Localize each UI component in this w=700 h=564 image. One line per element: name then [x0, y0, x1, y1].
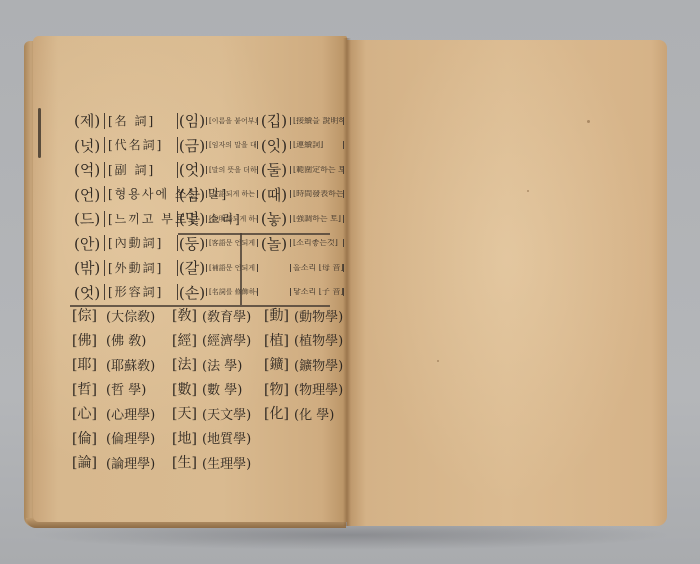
binding-mark [38, 108, 41, 158]
vocab-char: [天] [172, 403, 202, 423]
vocab-word: (論理學) [106, 453, 172, 472]
vocab-word: (耶蘇敎) [106, 355, 172, 374]
vocab-char: [耶] [72, 354, 106, 374]
vocab-word: (生理學) [202, 453, 264, 472]
vocab-word: (動物學) [294, 306, 360, 325]
vocab-row: [心] (心理學) [天] (天文學) [化] (化 學) [72, 403, 360, 423]
grammar-row: (밖) [外動詞] (갈) [補語문 언되게 하는 토] 홀소리 [母 音] [74, 257, 344, 278]
grammar-term-2: [強調하는 토] [290, 215, 344, 223]
grammar-term: [형용사에 쓰는 말] [104, 186, 178, 202]
vocab-word: (哲 學) [106, 379, 172, 398]
grammar-term: [外動詞] [104, 260, 178, 276]
grammar-note: [名詞를 修飾하는 토] [206, 288, 258, 296]
grammar-row: (제) [名 詞] (임) [이름을 붙어부르는 말] (깁) [接續을 說明하… [74, 110, 344, 131]
vocab-char: [倫] [72, 428, 106, 448]
grammar-row: (언) [형용사에 쓰는 말] (심) [主語되게 하는 토] (때) [時間發… [74, 184, 344, 205]
grammar-term-2: [時間發表하는 토] [290, 190, 344, 198]
hangul-label: (넛) [74, 135, 104, 156]
hangul-label: (엇) [178, 159, 206, 180]
grammar-term-2: 닿소리 [子 音] [290, 288, 344, 296]
grammar-term-2: 홀소리 [母 音] [290, 264, 344, 272]
hangul-label: (놀) [258, 233, 290, 254]
grammar-row: (억) [副 詞] (엇) [말의 뜻을 더하는 말] (둘) [範圍定하는 토… [74, 159, 344, 180]
hangul-label: (임) [178, 110, 206, 131]
vocab-word: (數 學) [202, 379, 264, 398]
vocab-row: [佛] (佛 敎) [經] (經濟學) [植] (植物學) [72, 330, 360, 350]
vocab-row: [倧] (大倧敎) [敎] (敎育學) [動] (動物學) [72, 305, 360, 325]
hangul-label: (잇) [258, 135, 290, 156]
vocab-word: (倫理學) [106, 428, 172, 447]
paper-spot [527, 190, 529, 192]
grammar-row: (안) [內動詞] (둥) [客語문 언되게 하는 토] (놀) [소리좋는것] [74, 233, 344, 254]
vocab-word: (佛 敎) [106, 330, 172, 349]
grammar-term: [名 詞] [104, 113, 178, 129]
vocab-char: [生] [172, 452, 202, 472]
vocab-char: [佛] [72, 330, 106, 350]
open-notebook: (제) [名 詞] (임) [이름을 붙어부르는 말] (깁) [接續을 說明하… [0, 0, 700, 564]
vocab-word: (化 學) [294, 404, 360, 423]
grammar-row: (드) [느끼고 부르는 소리] (몇) [說明語되게 하는 토] (놓) [強… [74, 208, 344, 229]
grammar-term: [代名詞] [104, 137, 178, 153]
vocab-word: (法 學) [202, 355, 264, 374]
vocab-word: (敎育學) [202, 306, 264, 325]
hangul-label: (제) [74, 110, 104, 131]
vocab-char: [化] [264, 403, 294, 423]
vocab-char: [動] [264, 305, 294, 325]
vocab-char: [數] [172, 379, 202, 399]
vocab-word: (大倧敎) [106, 306, 172, 325]
vocab-char: [哲] [72, 379, 106, 399]
vocab-word: (鑛物學) [294, 355, 360, 374]
vocab-word: (物理學) [294, 379, 360, 398]
hangul-label: (심) [178, 184, 206, 205]
vocab-word: (天文學) [202, 404, 264, 423]
grammar-term-2: [連續詞] [290, 141, 344, 149]
hangul-label: (드) [74, 208, 104, 229]
vocab-char: [敎] [172, 305, 202, 325]
vocab-char: [法] [172, 354, 202, 374]
grammar-note: [이름을 붙어부르는 말] [206, 117, 258, 125]
vocab-char: [論] [72, 452, 106, 472]
grammar-note: [客語문 언되게 하는 토] [206, 239, 258, 247]
grammar-term-2: [接續을 說明하게 하는 토] [290, 117, 344, 125]
grammar-term: [副 詞] [104, 162, 178, 178]
vocab-word: (心理學) [106, 404, 172, 423]
hangul-label: (엇) [74, 282, 104, 303]
vocab-char: [倧] [72, 305, 106, 325]
vocab-word: (植物學) [294, 330, 360, 349]
vocab-row: [論] (論理學) [生] (生理學) [72, 452, 360, 472]
grammar-term: [느끼고 부르는 소리] [104, 211, 178, 227]
grammar-term: [內動詞] [104, 235, 178, 251]
hangul-label: (갈) [178, 257, 206, 278]
hangul-label: (깁) [258, 110, 290, 131]
table-divider [178, 233, 330, 235]
grammar-note: [임자의 말을 대신하는 말] [206, 141, 258, 149]
hangul-label: (안) [74, 233, 104, 254]
hangul-label: (언) [74, 184, 104, 205]
vocab-word: (地質學) [202, 428, 264, 447]
grammar-note: [말의 뜻을 더하는 말] [206, 166, 258, 174]
vocab-char: [地] [172, 428, 202, 448]
hangul-label: (금) [178, 135, 206, 156]
grammar-note: [說明語되게 하는 토] [206, 215, 258, 223]
hangul-label: (때) [258, 184, 290, 205]
vocab-word: (經濟學) [202, 330, 264, 349]
right-page [347, 40, 667, 526]
grammar-term-2: [소리좋는것] [290, 239, 344, 247]
grammar-term-2: [範圍定하는 토] [290, 166, 344, 174]
grammar-row: (엇) [形容詞] (손) [名詞를 修飾하는 토] 닿소리 [子 音] [74, 282, 344, 303]
vocab-row: [哲] (哲 學) [數] (數 學) [物] (物理學) [72, 379, 360, 399]
hangul-label: (손) [178, 282, 206, 303]
grammar-note: [補語문 언되게 하는 토] [206, 264, 258, 272]
vocab-row: [耶] (耶蘇敎) [法] (法 學) [鑛] (鑛物學) [72, 354, 360, 374]
paper-spot [437, 360, 439, 362]
vocab-char: [鑛] [264, 354, 294, 374]
paper-spot [587, 120, 590, 123]
vocab-char: [心] [72, 403, 106, 423]
grammar-note: [主語되게 하는 토] [206, 190, 258, 198]
hangul-label: (밖) [74, 257, 104, 278]
left-page [33, 36, 347, 522]
vocab-char: [植] [264, 330, 294, 350]
vocab-char: [物] [264, 379, 294, 399]
hangul-label: (몇) [178, 208, 206, 229]
hangul-label: (놓) [258, 208, 290, 229]
vocab-row: [倫] (倫理學) [地] (地質學) [72, 428, 360, 448]
grammar-term: [形容詞] [104, 284, 178, 300]
hangul-label: (둘) [258, 159, 290, 180]
grammar-row: (넛) [代名詞] (금) [임자의 말을 대신하는 말] (잇) [連續詞] [74, 135, 344, 156]
table-divider-vertical [240, 233, 242, 305]
hangul-label: (둥) [178, 233, 206, 254]
hangul-label: (억) [74, 159, 104, 180]
vocab-char: [經] [172, 330, 202, 350]
